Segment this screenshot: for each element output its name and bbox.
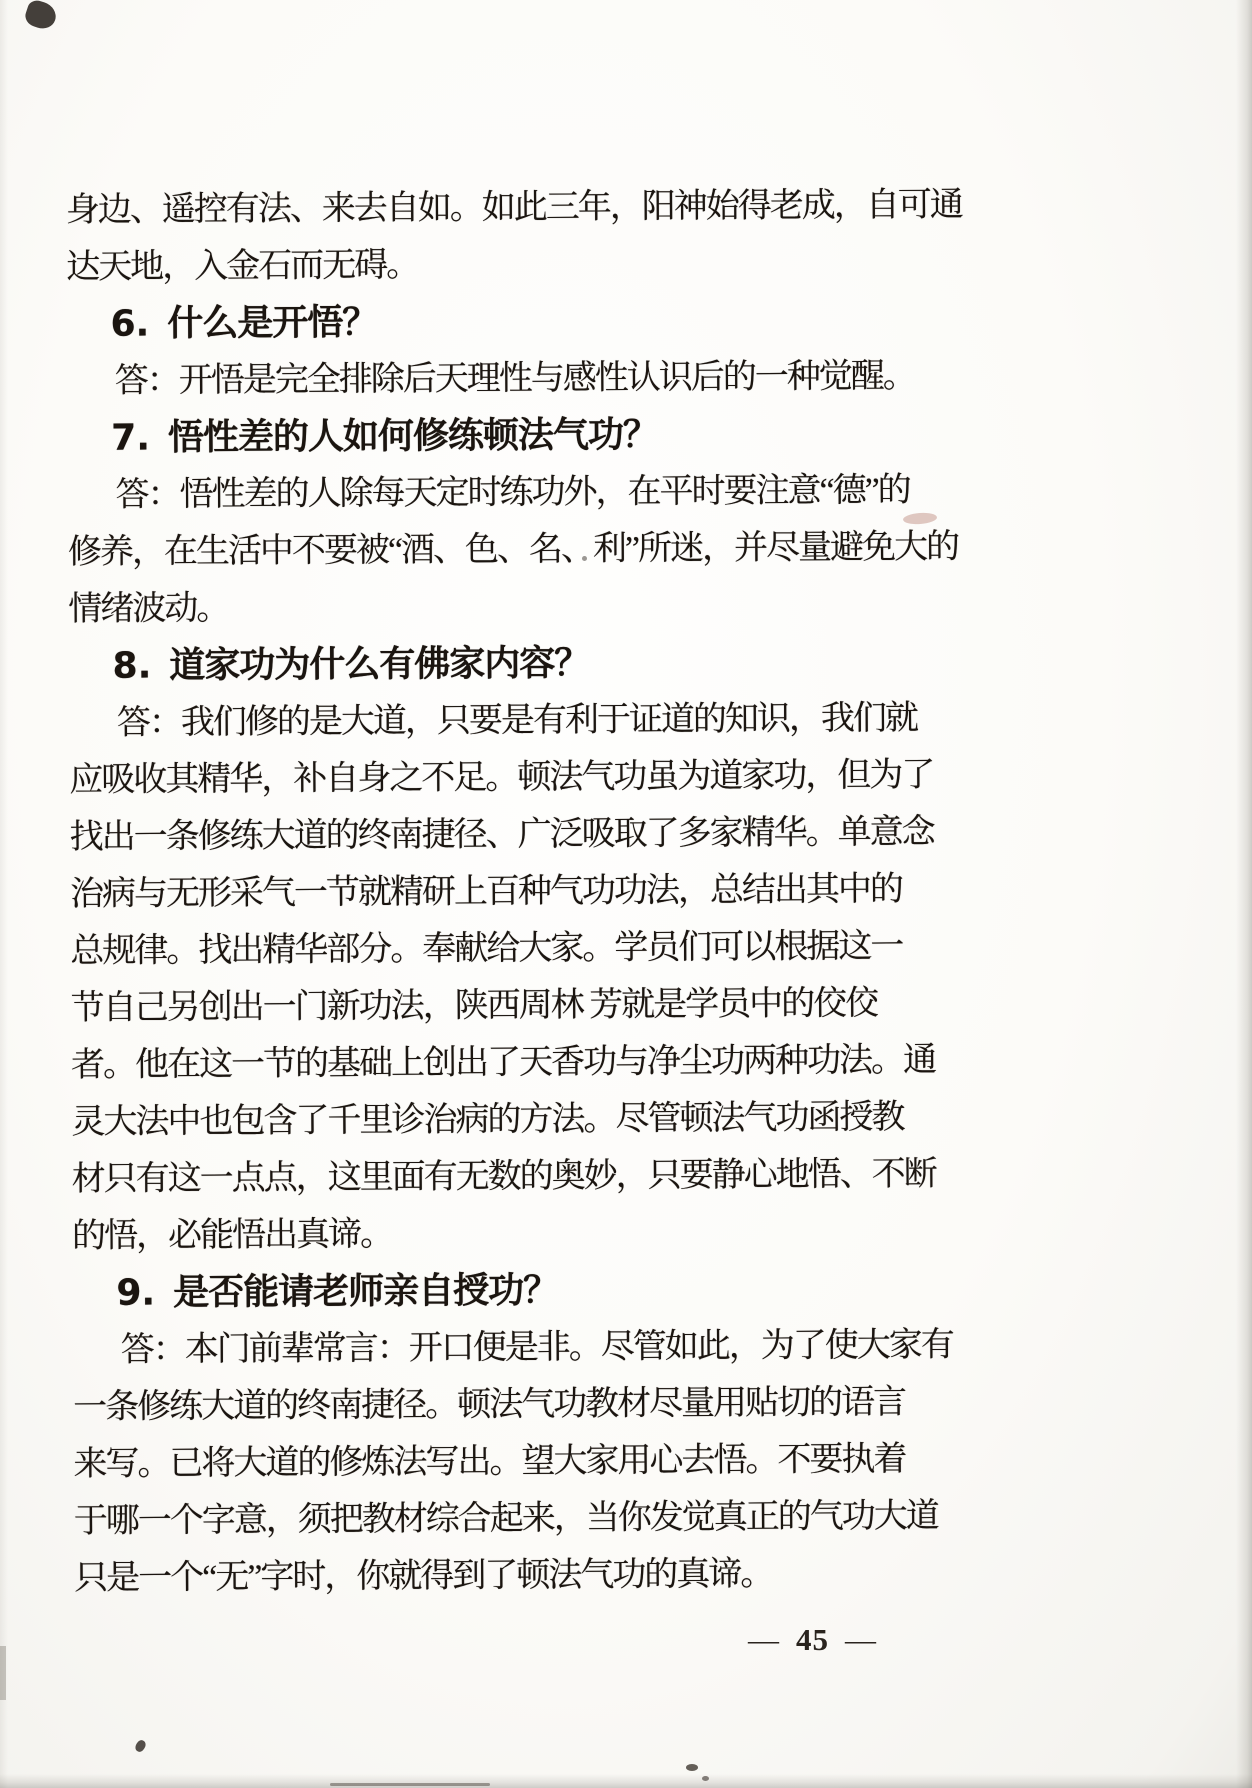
answer-8-line: 答：我们修的是大道，只要是有利于证道的知识，我们就 xyxy=(69,690,964,752)
answer-9-line: 来写。已将大道的修炼法写出。望大家用心去悟。不要执着 xyxy=(73,1431,968,1493)
answer-8-line: 灵大法中也包含了千里诊治病的方法。尽管顿法气功函授教 xyxy=(71,1089,966,1151)
answer-6-line: 答：开悟是完全排除后天理性与感性认识后的一种觉醒。 xyxy=(67,348,962,410)
question-number: 6. xyxy=(110,304,149,345)
question-number: 8. xyxy=(112,645,151,686)
question-7-heading: 7.悟性差的人如何修练顿法气功？ xyxy=(67,405,962,467)
answer-8-line: 找出一条修练大道的终南捷径、广泛吸取了多家精华。单意念 xyxy=(69,804,964,866)
question-9-heading: 9.是否能请老师亲自授功？ xyxy=(72,1260,967,1322)
answer-8-line: 治病与无形采气一节就精研上百种气功功法，总结出其中的 xyxy=(70,861,965,923)
answer-8-line: 材只有这一点点，这里面有无数的奥妙，只要静心地悟、不断 xyxy=(72,1146,967,1208)
page-number-value: 45 xyxy=(796,1622,829,1657)
scan-artifact-ink-blot xyxy=(23,0,60,32)
question-text: 道家功为什么有佛家内容？ xyxy=(169,643,589,687)
page-text-block: 身边、遥控有法、来去自如。如此三年，阳神始得老成，自可通 达天地，入金石而无碍。… xyxy=(66,177,970,1607)
answer-7-line: 修养，在生活中不要被“酒、色、名、利”所迷，并尽量避免大的 xyxy=(68,519,963,581)
answer-8-line: 节自己另创出一门新功法，陕西周林 芳就是学员中的佼佼 xyxy=(71,975,966,1037)
scan-artifact-speck xyxy=(134,1739,148,1754)
intro-paragraph-line: 身边、遥控有法、来去自如。如此三年，阳神始得老成，自可通 xyxy=(66,177,961,239)
scan-edge-shading xyxy=(1236,0,1252,1788)
answer-8-line: 应吸收其精华，补自身之不足。顿法气功虽为道家功，但为了 xyxy=(69,747,964,809)
question-number: 7. xyxy=(111,418,150,459)
scanned-book-page: 身边、遥控有法、来去自如。如此三年，阳神始得老成，自可通 达天地，入金石而无碍。… xyxy=(0,0,1252,1788)
question-text: 是否能请老师亲自授功？ xyxy=(173,1270,558,1313)
answer-9-line: 答：本门前辈常言：开口便是非。尽管如此，为了使大家有 xyxy=(73,1317,968,1379)
scan-edge-shading xyxy=(0,0,8,1788)
question-text: 悟性差的人如何修练顿法气功？ xyxy=(168,414,658,458)
page-number-dash: — xyxy=(748,1622,780,1657)
page-number-dash: — xyxy=(845,1622,877,1657)
page-number: —45— xyxy=(748,1622,877,1658)
question-8-heading: 8.道家功为什么有佛家内容？ xyxy=(68,633,963,695)
question-text: 什么是开悟？ xyxy=(167,302,377,344)
question-6-heading: 6.什么是开悟？ xyxy=(66,291,961,353)
answer-8-line: 者。他在这一节的基础上创出了天香功与净尘功两种功法。通 xyxy=(71,1032,966,1094)
scan-edge-shading xyxy=(0,1774,1252,1788)
intro-paragraph-line: 达天地，入金石而无碍。 xyxy=(66,234,961,296)
answer-9-line: 于哪一个字意，须把教材综合起来，当你发觉真正的气功大道 xyxy=(74,1488,969,1550)
answer-9-line: 一条修练大道的终南捷径。顿法气功教材尽量用贴切的语言 xyxy=(73,1374,968,1436)
answer-8-line: 的悟，必能悟出真谛。 xyxy=(72,1203,967,1265)
answer-9-line: 只是一个“无”字时，你就得到了顿法气功的真谛。 xyxy=(74,1545,969,1607)
question-number: 9. xyxy=(116,1272,155,1313)
scan-artifact-speck xyxy=(686,1764,698,1771)
answer-7-line: 情绪波动。 xyxy=(68,576,963,638)
answer-8-line: 总规律。找出精华部分。奉献给大家。学员们可以根据这一 xyxy=(70,918,965,980)
answer-7-line: 答：悟性差的人除每天定时练功外，在平时要注意“德”的 xyxy=(67,462,962,524)
